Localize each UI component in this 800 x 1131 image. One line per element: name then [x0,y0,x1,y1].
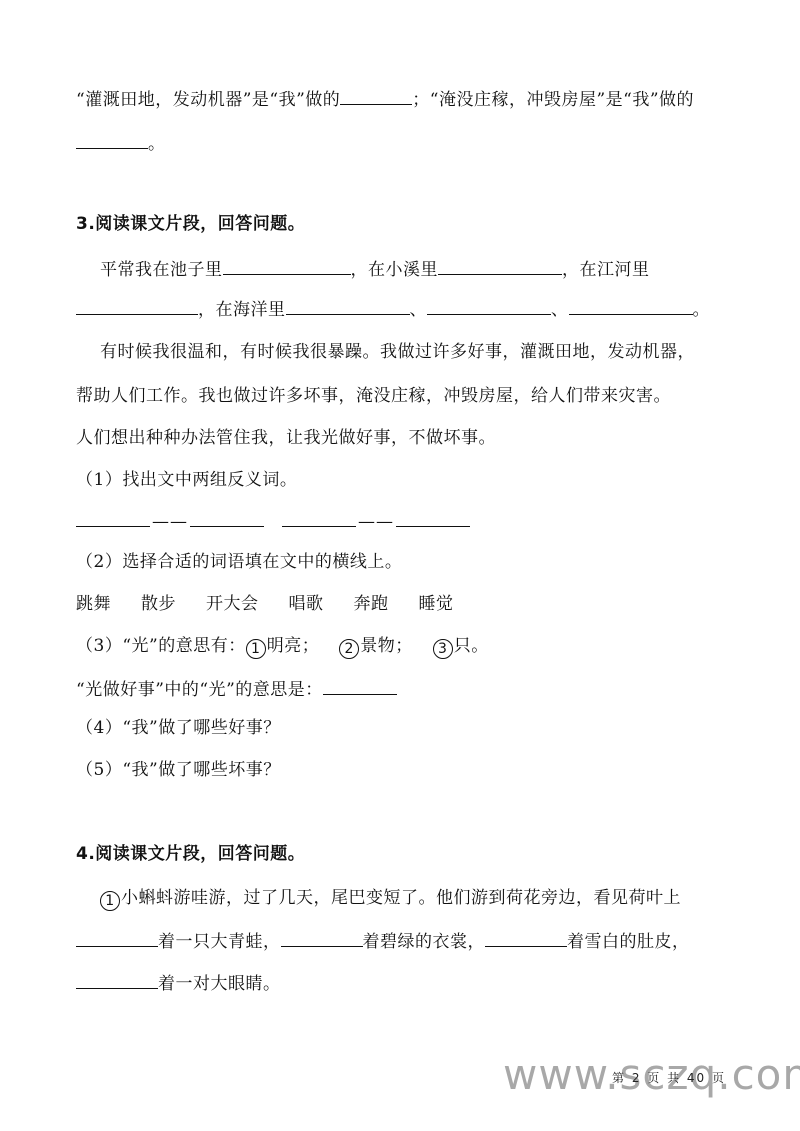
q4-line2: 着一只大青蛙，着碧绿的衣裳，着雪白的肚皮， [76,928,690,954]
q2-fill-line-1: “灌溉田地，发动机器”是“我”做的；“淹没庄稼，冲毁房屋”是“我”做的 [76,86,694,112]
text: 着一对大眼睛。 [158,974,281,994]
answer-blank[interactable] [340,86,412,105]
q4-line3: 着一对大眼睛。 [76,970,281,996]
text: 景物； [360,636,413,656]
answer-blank[interactable] [282,508,356,527]
word-option: 奔跑 [354,592,389,616]
q3-para2-line2: 帮助人们工作。我也做过许多坏事，淹没庄稼，冲毁房屋，给人们带来灾害。 [76,384,671,408]
text: 、 [410,300,428,320]
q3-sub4: （4）“我”做了哪些好事？ [76,716,281,740]
text: ，在小溪里 [351,260,439,280]
q3-para2-line3: 人们想出种种办法管住我，让我光做好事，不做坏事。 [76,426,496,450]
answer-blank[interactable] [286,296,410,315]
word-options: 跳舞散步开大会唱歌奔跑睡觉 [76,592,484,616]
answer-blank[interactable] [281,928,363,947]
q3-para2-line1: 有时候我很温和，有时候我很暴躁。我做过许多好事，灌溉田地，发动机器， [100,340,695,364]
word-option: 睡觉 [419,592,454,616]
q4-line1: 1小蝌蚪游哇游，过了几天，尾巴变短了。他们游到荷花旁边，看见荷叶上 [100,886,681,911]
text: 明亮； [267,636,320,656]
answer-blank[interactable] [427,296,551,315]
q3-title: 3.阅读课文片段，回答问题。 [76,212,305,236]
answer-blank[interactable] [569,296,693,315]
text: 只。 [454,636,489,656]
q2-text-b: ；“淹没庄稼，冲毁房屋”是“我”做的 [412,90,694,110]
circled-number-icon: 2 [339,639,359,659]
q2-fill-line-2: 。 [76,130,166,156]
text: 、 [551,300,569,320]
text: ，在江河里 [562,260,650,280]
answer-blank[interactable] [76,508,150,527]
dash: —— [358,510,394,534]
answer-blank[interactable] [76,928,158,947]
circled-number-icon: 1 [100,891,120,911]
answer-blank[interactable] [438,256,562,275]
answer-blank[interactable] [223,256,351,275]
q3-sub3-question: “光做好事”中的“光”的意思是： [76,676,397,702]
answer-blank[interactable] [323,676,397,695]
answer-blank[interactable] [76,970,158,989]
text: ，在海洋里 [198,300,286,320]
text: 着碧绿的衣裳， [363,932,486,952]
text: 。 [693,300,711,320]
word-option: 散步 [141,592,176,616]
text: 着雪白的肚皮， [567,932,690,952]
answer-blank[interactable] [396,508,470,527]
text: 平常我在池子里 [100,260,223,280]
answer-blank[interactable] [190,508,264,527]
q3-para1-line2: ，在海洋里、、。 [76,296,710,322]
text: 着一只大青蛙， [158,932,281,952]
antonym-blanks: ———— [76,508,470,534]
period: 。 [148,134,166,154]
q3-sub1: （1）找出文中两组反义词。 [76,468,297,492]
q3-para1-line1: 平常我在池子里，在小溪里，在江河里 [100,256,650,282]
circled-number-icon: 3 [433,639,453,659]
page-number: 第 2 页 共 40 页 [612,1069,726,1086]
answer-blank[interactable] [76,296,198,315]
answer-blank[interactable] [485,928,567,947]
circled-number-icon: 1 [246,639,266,659]
q2-text-a: “灌溉田地，发动机器”是“我”做的 [76,90,340,110]
dash: —— [152,510,188,534]
q3-sub3: （3）“光”的意思有：1明亮；2景物；3只。 [76,634,489,659]
text: “光做好事”中的“光”的意思是： [76,680,323,700]
q3-sub2: （2）选择合适的词语填在文中的横线上。 [76,550,402,574]
word-option: 跳舞 [76,592,111,616]
q4-title: 4.阅读课文片段，回答问题。 [76,842,305,866]
answer-blank[interactable] [76,130,148,149]
q3-sub5: （5）“我”做了哪些坏事？ [76,758,281,782]
word-option: 唱歌 [289,592,324,616]
text: （3）“光”的意思有： [76,636,246,656]
word-option: 开大会 [206,592,259,616]
text: 小蝌蚪游哇游，过了几天，尾巴变短了。他们游到荷花旁边，看见荷叶上 [121,888,681,908]
